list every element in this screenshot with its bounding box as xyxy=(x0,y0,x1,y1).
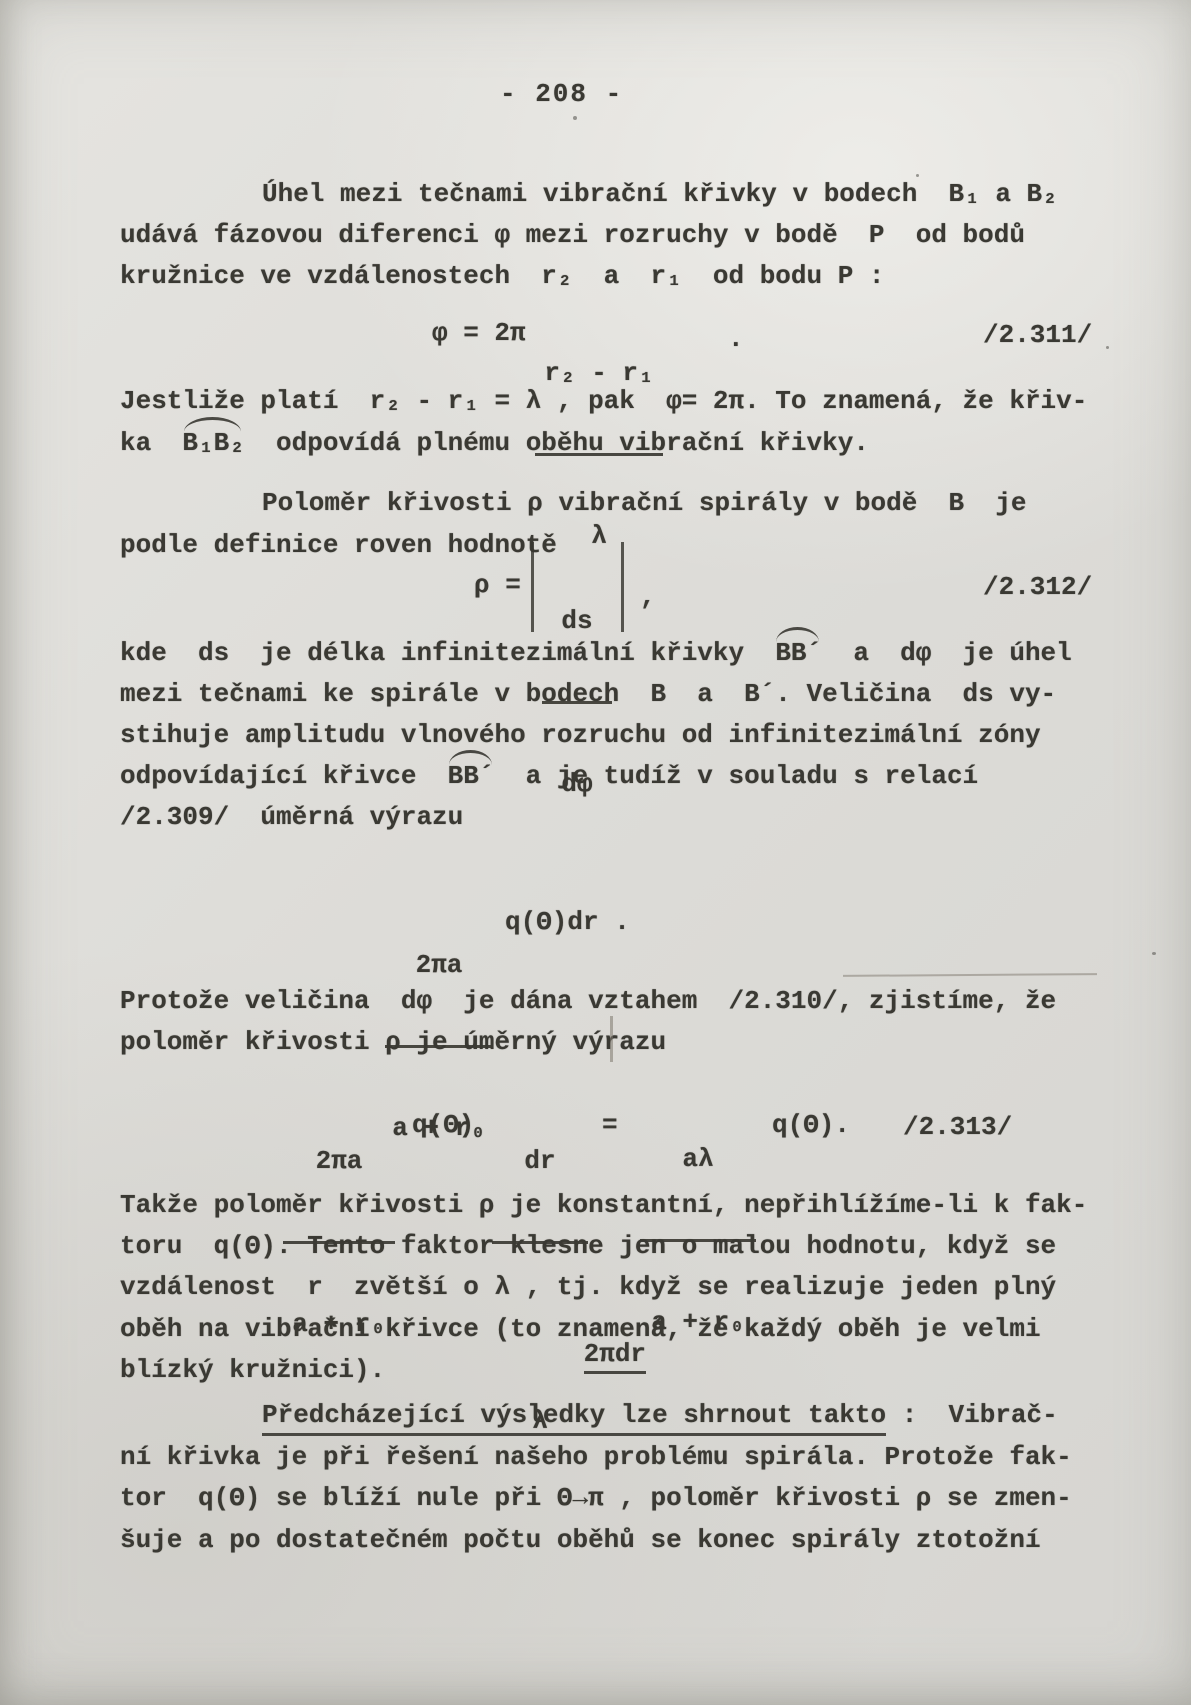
paragraph-line: vzdálenost r zvětší o λ , tj. když se re… xyxy=(120,1271,1056,1303)
page-number: - 208 - xyxy=(500,78,623,110)
paragraph-line: ka B₁B₂ odpovídá plnému oběhu vibrační k… xyxy=(120,427,869,459)
fraction-numerator: ds xyxy=(540,606,614,636)
paragraph-line: Jestliže platí r₂ - r₁ = λ , pak φ= 2π. … xyxy=(120,385,1087,417)
paragraph-line: Předcházející výsledky lze shrnout takto… xyxy=(120,1399,1058,1431)
paper-speck xyxy=(1152,952,1156,955)
paragraph-line: kde ds je délka infinitezimální křivky B… xyxy=(120,637,1072,669)
equation-313-factor: q(Θ) xyxy=(412,1110,474,1140)
fraction-numerator: 2πa xyxy=(281,1146,397,1176)
paragraph-line: stihuje amplitudu vlnového rozruchu od i… xyxy=(120,719,1041,751)
text-segment: odpovídající křivce xyxy=(120,761,448,791)
paragraph-line: toru q(Θ). Tento faktor klesne jen o mal… xyxy=(120,1230,1056,1262)
pencil-mark-tick xyxy=(610,1016,613,1062)
fraction-numerator: dr xyxy=(490,1146,590,1176)
paragraph-line: šuje a po dostatečném počtu oběhů se kon… xyxy=(120,1524,1041,1556)
paragraph-line: odpovídající křivce BB´ a je tudíž v sou… xyxy=(120,760,978,792)
text-segment: kde ds je délka infinitezimální křivky xyxy=(120,638,775,668)
equation-313-factor: q(Θ). xyxy=(772,1110,850,1140)
paper-speck xyxy=(573,116,577,120)
fraction-numerator: r₂ - r₁ xyxy=(533,358,665,388)
fraction-numerator: 2πa xyxy=(383,950,495,980)
text-segment: ka xyxy=(120,428,182,458)
scanned-document-page: - 208 - Úhel mezi tečnami vibrační křivk… xyxy=(0,0,1191,1705)
paper-speck xyxy=(1106,346,1109,349)
paragraph-line: Poloměr křivosti ρ vibrační spirály v bo… xyxy=(120,487,1027,519)
fraction-numerator: aλ xyxy=(638,1144,758,1174)
overarc-bb: BB´ xyxy=(775,637,822,669)
overarc-bb: BB´ xyxy=(448,760,495,792)
absolute-value-bar xyxy=(531,542,534,632)
paragraph-line: poloměr křivosti ρ je úměrný výrazu xyxy=(120,1026,666,1058)
text-segment: : Vibrač- xyxy=(886,1400,1058,1430)
paragraph-line: blízký kružnici). xyxy=(120,1354,385,1386)
pencil-mark-line xyxy=(843,973,1097,977)
text-segment: a dφ je úhel xyxy=(822,638,1072,668)
proportional-rhs: q(Θ)dr . xyxy=(505,907,630,937)
paragraph-line: oběh na vibrační křivce (to znamená, že … xyxy=(120,1313,1041,1345)
paragraph-line: kružnice ve vzdálenostech r₂ a r₁ od bod… xyxy=(120,260,885,292)
text-segment: odpovídá plnému oběhu vibrační křivky. xyxy=(245,428,869,458)
equation-311-tag: /2.311/ xyxy=(983,320,1092,350)
equation-312-comma: , xyxy=(640,582,656,612)
equation-311-lhs: φ = 2π xyxy=(432,318,526,348)
paragraph-line: mezi tečnami ke spirále v bodech B a B´.… xyxy=(120,678,1056,710)
paragraph-line: udává fázovou diferenci φ mezi rozruchy … xyxy=(120,219,1025,251)
overarc-b1b2: B₁B₂ xyxy=(182,427,244,459)
paragraph-line: Takže poloměr křivosti ρ je konstantní, … xyxy=(120,1189,1087,1221)
equation-311-period: . xyxy=(728,324,744,354)
equation-312-tag: /2.312/ xyxy=(983,572,1092,602)
equation-313-tag: /2.313/ xyxy=(903,1112,1012,1142)
absolute-value-bar xyxy=(621,542,624,632)
paragraph-line: tor q(Θ) se blíží nule při Θ→π , poloměr… xyxy=(120,1482,1072,1514)
equation-313-equals: = xyxy=(602,1110,618,1140)
text-segment: a je tudíž v souladu s relací xyxy=(494,761,978,791)
underlined-summary-phrase: Předcházející výsledky lze shrnout takto xyxy=(262,1400,886,1436)
paragraph-line: podle definice roven hodnotě xyxy=(120,529,557,561)
paper-speck xyxy=(916,174,919,177)
paragraph-line: Úhel mezi tečnami vibrační křivky v bode… xyxy=(120,178,1058,210)
paragraph-line: /2.309/ úměrná výrazu xyxy=(120,801,463,833)
equation-312-lhs: ρ = xyxy=(474,570,521,600)
paragraph-line: ní křivka je při řešení našeho problému … xyxy=(120,1441,1072,1473)
paragraph-line: Protože veličina dφ je dána vztahem /2.3… xyxy=(120,985,1056,1017)
